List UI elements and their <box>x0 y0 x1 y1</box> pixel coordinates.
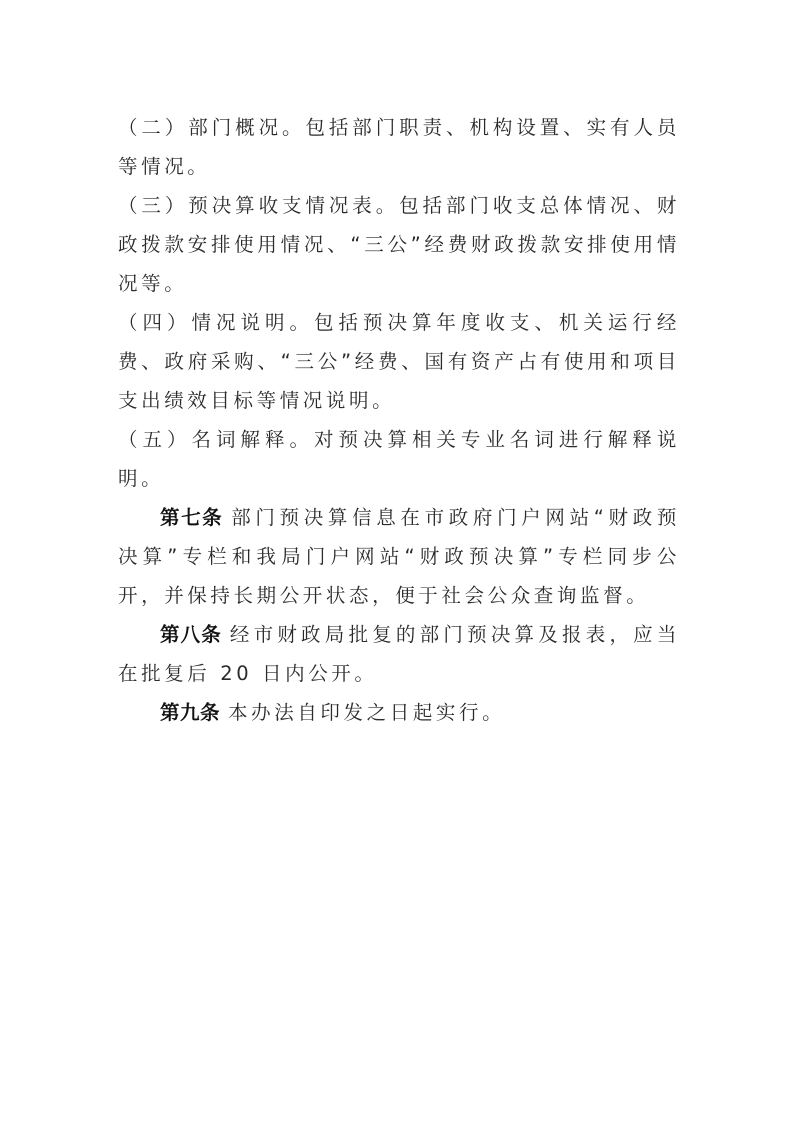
item-budget-tables: （三）预决算收支情况表。包括部门收支总体情况、财政拨款安排使用情况、“三公”经费… <box>118 186 680 303</box>
paragraph-text: （五）名词解释。对预决算相关专业名词进行解释说明。 <box>118 428 680 490</box>
item-glossary: （五）名词解释。对预决算相关专业名词进行解释说明。 <box>118 420 680 498</box>
item-situation-description: （四）情况说明。包括预决算年度收支、机关运行经费、政府采购、“三公”经费、国有资… <box>118 303 680 420</box>
paragraph-text: （二）部门概况。包括部门职责、机构设置、实有人员等情况。 <box>118 116 680 178</box>
paragraph-text: 本办法自印发之日起实行。 <box>228 701 505 724</box>
article-seven: 第七条部门预决算信息在市政府门户网站“财政预决算”专栏和我局门户网站“财政预决算… <box>118 498 680 615</box>
article-eight: 第八条经市财政局批复的部门预决算及报表，应当在批复后 20 日内公开。 <box>118 615 680 693</box>
item-department-overview: （二）部门概况。包括部门职责、机构设置、实有人员等情况。 <box>118 108 680 186</box>
article-nine: 第九条本办法自印发之日起实行。 <box>118 693 680 732</box>
paragraph-text: （三）预决算收支情况表。包括部门收支总体情况、财政拨款安排使用情况、“三公”经费… <box>118 194 680 295</box>
article-label: 第九条 <box>160 701 220 724</box>
article-label: 第八条 <box>160 623 222 646</box>
document-page: （二）部门概况。包括部门职责、机构设置、实有人员等情况。 （三）预决算收支情况表… <box>118 108 680 732</box>
article-label: 第七条 <box>160 506 223 529</box>
paragraph-text: （四）情况说明。包括预决算年度收支、机关运行经费、政府采购、“三公”经费、国有资… <box>118 311 680 412</box>
